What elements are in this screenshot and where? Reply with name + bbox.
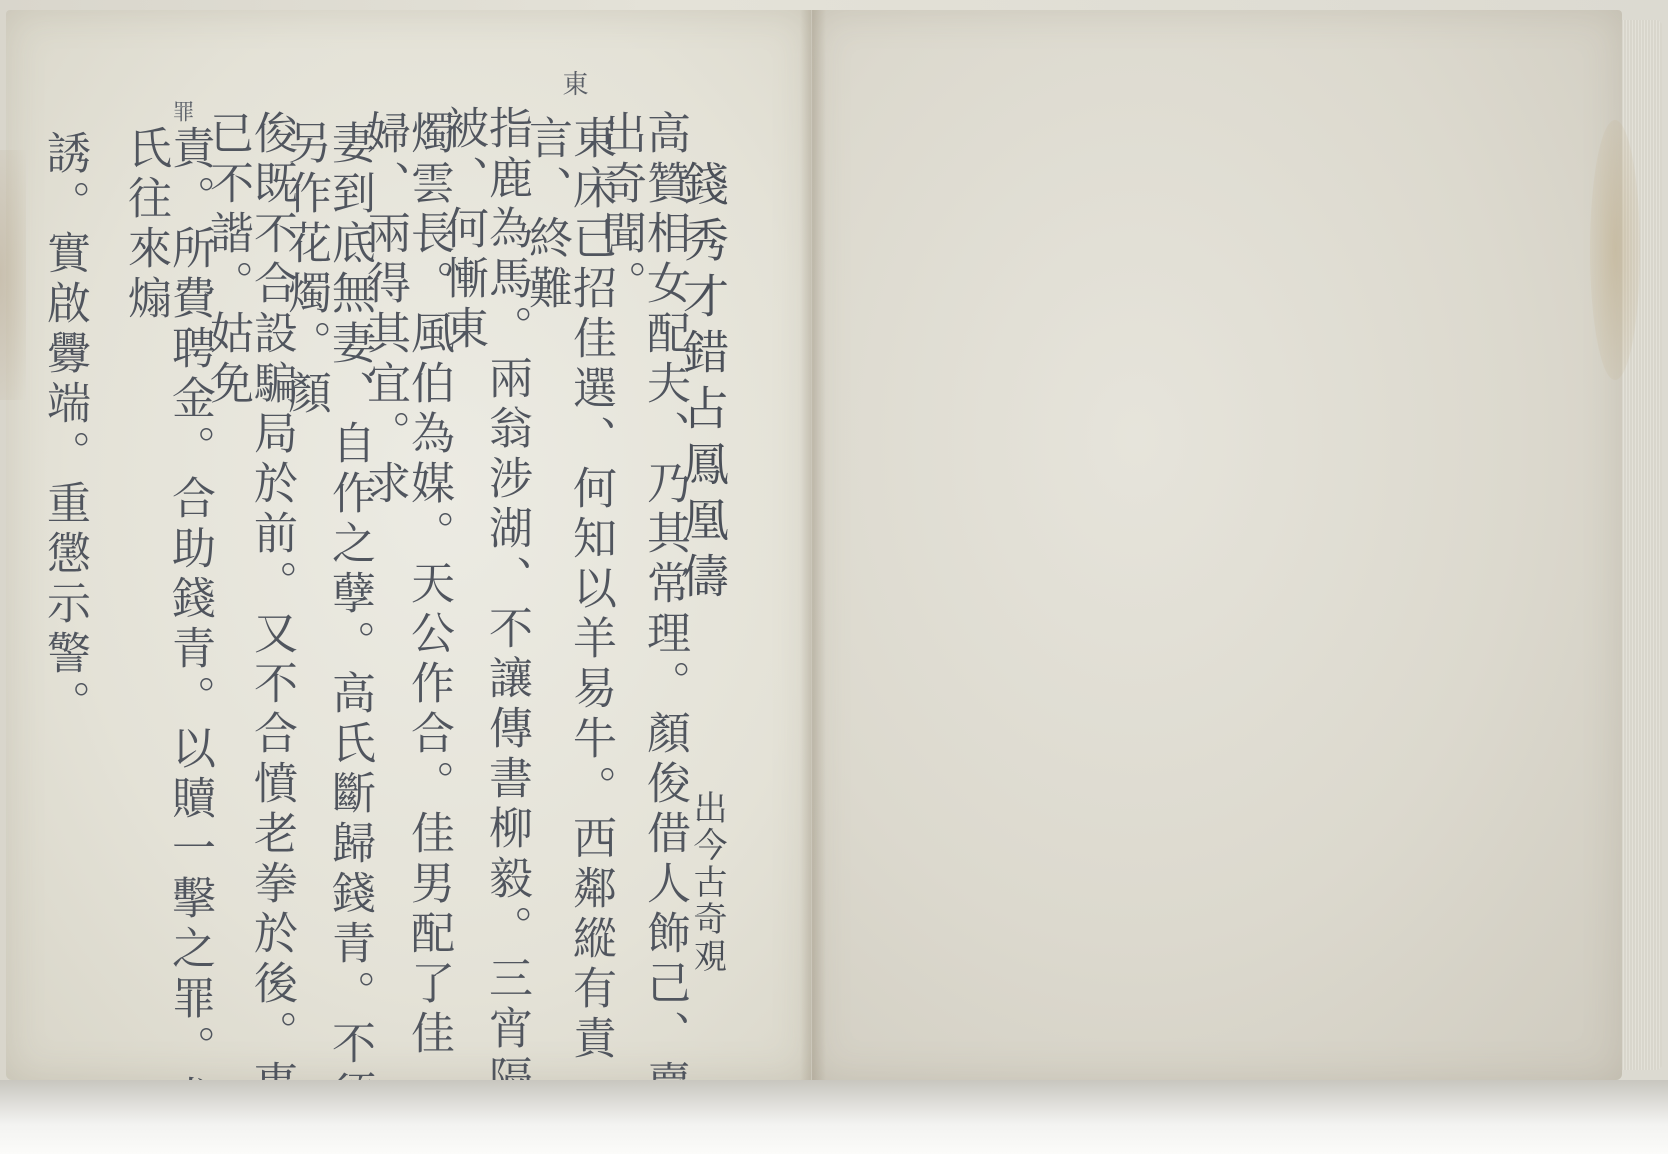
interlinear-note: 罪	[170, 100, 192, 122]
text-column-8: 誘。實啟釁端。重懲示警。	[42, 130, 86, 730]
text-column-6: 俊既不合設騙局於前。又不合憤老拳於後。事已不諧。姑免	[205, 110, 293, 1154]
edge-stain	[0, 150, 26, 400]
water-stain	[1590, 120, 1640, 380]
text-column-4: 燭雲長。風伯為媒。天公作合。佳男配了佳婦、兩得其宜。求	[362, 110, 450, 1154]
text-column-2: 東床已招佳選、何知以羊易牛。西鄰縱有責言、終難	[524, 115, 612, 1154]
table-surface	[0, 1080, 1668, 1154]
right-page-blank	[812, 10, 1622, 1080]
manuscript-photo: 東 錢秀才錯占鳳凰儔 出今古奇覌 高贊相女配夫、乃其常理。顏俊借人飾己、賣出奇聞…	[0, 0, 1668, 1154]
source-note: 出今古奇覌	[690, 790, 724, 975]
marginal-note: 東	[560, 70, 586, 96]
text-column-7: 責。所費聘金。合助錢青。以贖一擊之罪。尤氏往來煽	[123, 125, 211, 1154]
book-gutter	[800, 10, 826, 1080]
